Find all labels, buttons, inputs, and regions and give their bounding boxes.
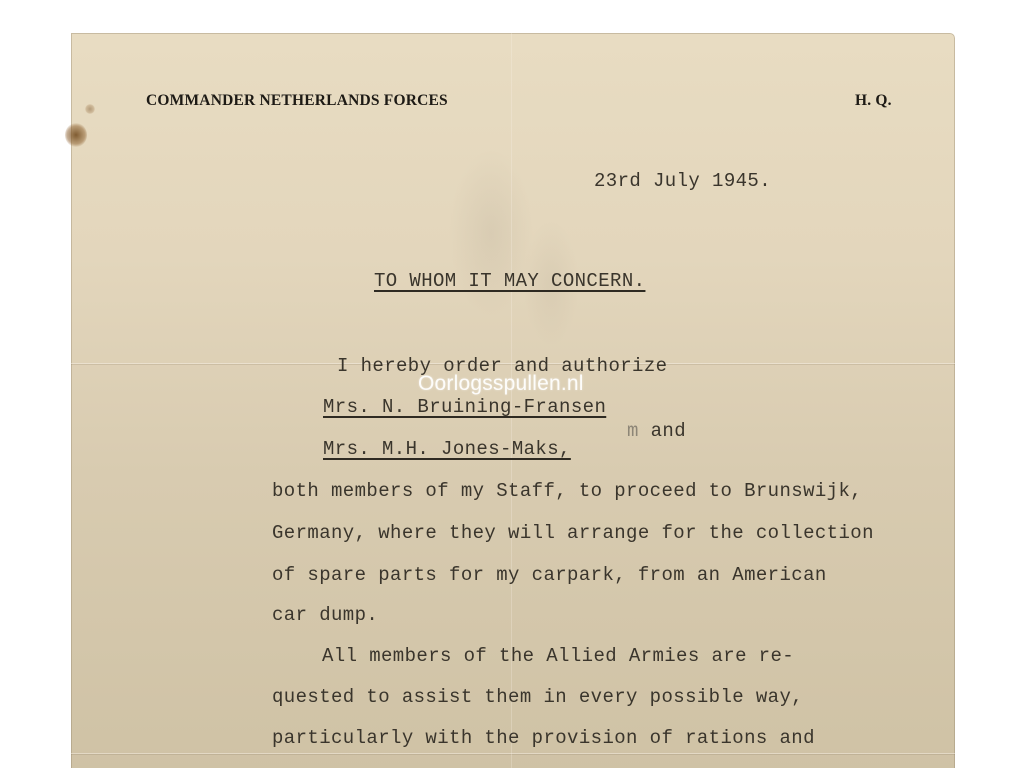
paragraph-2-line-3: particularly with the provision of ratio… — [272, 727, 815, 749]
letter-date: 23rd July 1945. — [594, 170, 771, 192]
paragraph-1-line-3: of spare parts for my carpark, from an A… — [272, 564, 827, 586]
paragraph-1-line-1: both members of my Staff, to proceed to … — [272, 480, 862, 502]
salutation: TO WHOM IT MAY CONCERN. — [374, 270, 645, 292]
paragraph-1-line-4: car dump. — [272, 604, 378, 626]
rust-stain — [65, 123, 87, 147]
person-line-1: Mrs. N. Bruining-Fransen — [323, 396, 606, 418]
paragraph-2-line-1: All members of the Allied Armies are re- — [322, 645, 794, 667]
conjunction-word: and — [651, 420, 686, 442]
letterhead-organization: COMMANDER NETHERLANDS FORCES — [146, 92, 448, 110]
watermark: Oorlogsspullen.nl — [418, 372, 584, 396]
person-name-1: Mrs. N. Bruining-Fransen — [323, 396, 606, 418]
rust-stain-small — [85, 104, 95, 114]
paper-fold-horizontal-lower — [71, 753, 955, 754]
conjunction-line: m and — [627, 420, 686, 442]
paragraph-2-line-2: quested to assist them in every possible… — [272, 686, 803, 708]
salutation-line: TO WHOM IT MAY CONCERN. — [374, 270, 645, 292]
person-line-2: Mrs. M.H. Jones-Maks, — [323, 438, 571, 460]
paragraph-1-line-2: Germany, where they will arrange for the… — [272, 522, 874, 544]
person-name-2: Mrs. M.H. Jones-Maks, — [323, 438, 571, 460]
document-photo: COMMANDER NETHERLANDS FORCES H. Q. 23rd … — [0, 0, 1024, 768]
stray-typed-character: m — [627, 420, 639, 442]
letterhead-location: H. Q. — [855, 92, 892, 110]
